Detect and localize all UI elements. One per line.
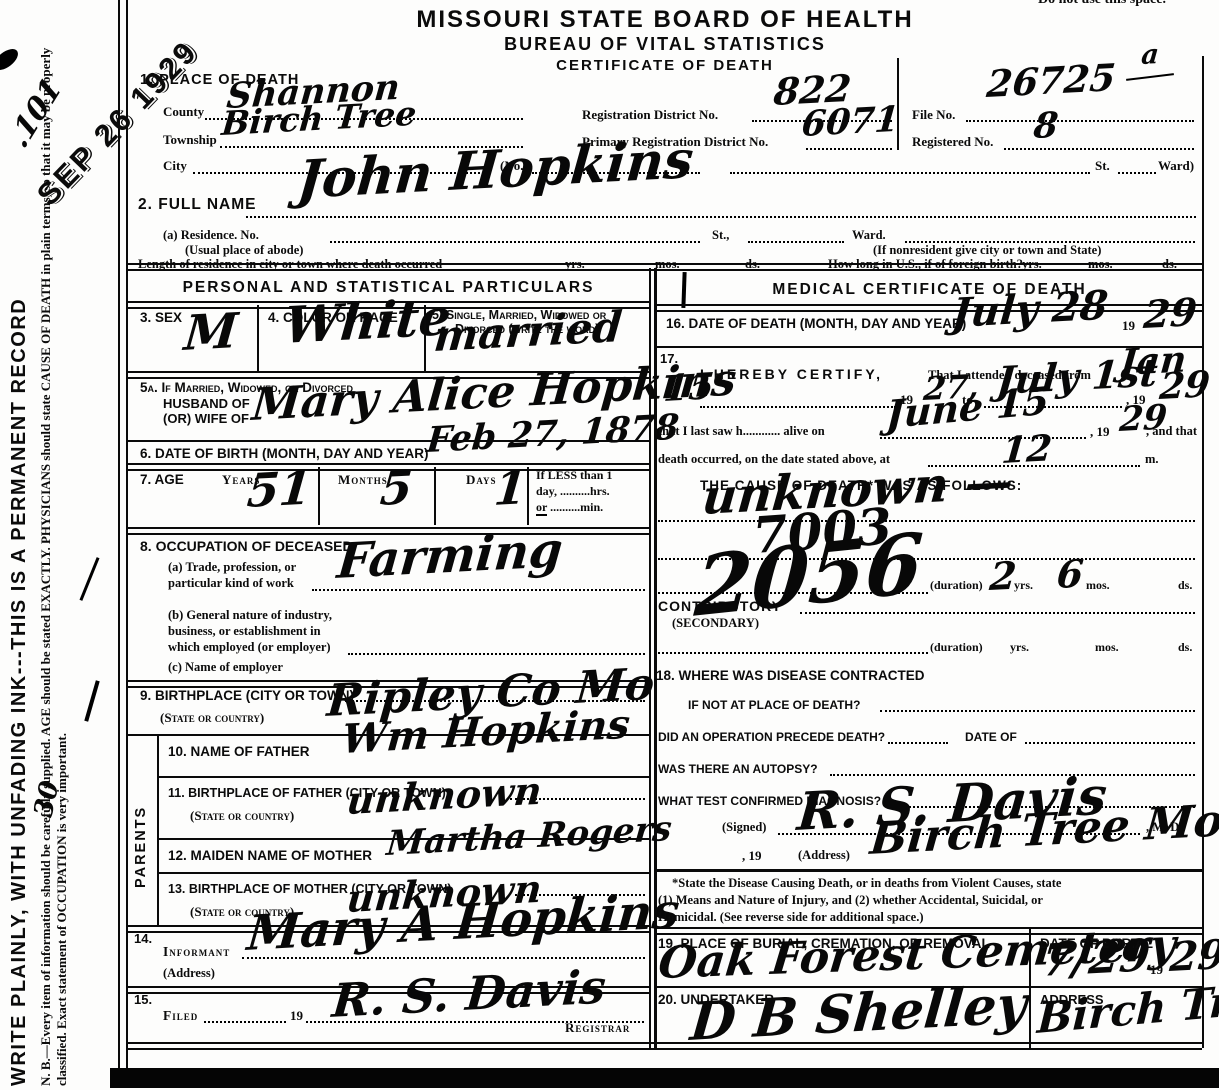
- full-name-value: John Hopkins: [295, 129, 696, 211]
- form-right-border: [1202, 56, 1204, 1048]
- days-value: 1: [492, 460, 529, 516]
- informant-address-label: (Address): [163, 966, 215, 981]
- residence-st-line: [748, 241, 844, 243]
- sex-label: 3. SEX: [140, 310, 182, 325]
- abode-note: (Usual place of abode): [185, 243, 303, 258]
- dod-year-value: 29: [1142, 289, 1199, 337]
- nonresident-note: (If nonresident give city or town and St…: [873, 243, 1101, 258]
- age-label: 7. AGE: [140, 472, 184, 487]
- registered-no-value: 8: [1032, 104, 1060, 147]
- registered-no-line: [1004, 148, 1194, 150]
- filed-19: 19: [290, 1008, 303, 1024]
- residence-label: (a) Residence. No.: [163, 228, 259, 243]
- bureau-subtitle: BUREAU OF VITAL STATISTICS: [128, 34, 1202, 55]
- ds-label: ds.: [1162, 257, 1177, 272]
- date-of-line: [1025, 742, 1195, 744]
- registrar-label: Registrar: [565, 1020, 630, 1036]
- occ-b2-label: business, or establishment in: [168, 624, 321, 639]
- bottom-rule: [128, 1042, 1202, 1050]
- margin-border-line: [118, 0, 120, 1070]
- or-word: or: [536, 500, 547, 516]
- burial-year-value: 29: [1168, 931, 1219, 981]
- certify-line: [700, 406, 896, 408]
- min-dots: ..........min.: [550, 500, 603, 514]
- item-17-number: 17.: [660, 351, 678, 366]
- occ-a-line: [312, 589, 645, 591]
- husband-of-label: HUSBAND OF: [163, 396, 250, 411]
- if-less-min-label: or ..........min.: [536, 500, 603, 515]
- registrar-signature: R. S. Davis: [330, 959, 608, 1028]
- date-of-death-value: July 28: [950, 282, 1110, 337]
- full-name-title: 2. FULL NAME: [138, 196, 257, 214]
- ds-label: ds.: [745, 257, 760, 272]
- file-no-value: 26725: [985, 55, 1117, 106]
- footnote-line1: *State the Disease Causing Death, or in …: [672, 876, 1061, 891]
- occupation-value: Farming: [335, 522, 565, 590]
- parents-label: PARENTS: [133, 806, 149, 888]
- if-not-line: [880, 710, 1195, 712]
- pen-slash-mark: [79, 557, 99, 601]
- if-less-hrs-label: day, ..........hrs.: [536, 484, 610, 499]
- autopsy-label: WAS THERE AN AUTOPSY?: [658, 762, 818, 776]
- yrs-label: yrs.: [1022, 257, 1042, 272]
- race-value: White: [282, 287, 453, 355]
- township-label: Township: [163, 132, 217, 148]
- address-paren-label: (Address): [798, 848, 850, 863]
- informant-label: Informant: [163, 944, 230, 960]
- margin-rule1: WRITE PLAINLY, WITH UNFADING INK---THIS …: [8, 41, 31, 1086]
- occ-b-line: [348, 653, 645, 655]
- duration-label: (duration): [930, 640, 983, 655]
- footnote-line3: Homicidal. (See reverse side for additio…: [658, 910, 923, 925]
- duration-label: (duration): [930, 578, 983, 593]
- rule: [657, 869, 1202, 872]
- occ-b3-label: which employed (or employer): [168, 640, 331, 655]
- burial-date-value: 7/29: [1040, 930, 1152, 987]
- primary-district-line: [806, 148, 892, 150]
- m-label: m.: [1145, 452, 1159, 467]
- certify-label: I HEREBY CERTIFY,: [700, 366, 883, 382]
- file-suffix-underline: [1126, 73, 1174, 81]
- primary-district-value: 6071: [800, 99, 901, 145]
- bottom-scan-bar: [110, 1068, 1219, 1088]
- cell-divider: [257, 305, 259, 371]
- duration-mos-label: mos.: [1095, 640, 1119, 655]
- cell-divider: [434, 467, 436, 525]
- city-label: City: [163, 158, 187, 174]
- father-birthplace-sub: (State or country): [190, 808, 294, 824]
- contributory-code-stamp: 2056: [692, 515, 926, 636]
- cell-divider: [527, 467, 529, 525]
- duration-ds-label: ds.: [1178, 578, 1192, 593]
- rule: [657, 304, 1202, 312]
- duration-ds-label: ds.: [1178, 640, 1192, 655]
- birthplace-sub-label: (State or country): [160, 710, 264, 726]
- last-saw-line: [880, 437, 1086, 439]
- cell-divider: [424, 305, 426, 371]
- duration-yrs-label: yrs.: [1010, 640, 1029, 655]
- burial-19: 19: [1150, 962, 1163, 978]
- occ-a2-label: particular kind of work: [168, 576, 294, 591]
- death-certificate-scan: WRITE PLAINLY, WITH UNFADING INK---THIS …: [0, 0, 1219, 1090]
- last-saw-label: that I last saw h............ alive on: [658, 424, 825, 439]
- full-name-line: [246, 216, 1196, 218]
- occupation-label: 8. OCCUPATION OF DECEASED: [140, 538, 353, 554]
- length-residence-label: Length of residence in city or town wher…: [138, 257, 442, 272]
- residence-ward-label: Ward.: [852, 228, 886, 243]
- registration-district-label: Registration District No.: [582, 107, 718, 123]
- residence-no-line: [330, 241, 700, 243]
- cause-line: [658, 520, 1195, 522]
- birthplace-label: 9. BIRTHPLACE (CITY OR TOWN): [140, 688, 354, 703]
- item-14-number: 14.: [134, 931, 152, 946]
- years-value: 51: [245, 460, 314, 518]
- signed-label: (Signed): [722, 820, 766, 835]
- date-of-label: DATE OF: [965, 730, 1017, 744]
- registered-no-label: Registered No.: [912, 134, 993, 150]
- operation-line: [888, 742, 948, 744]
- days-label: Days: [466, 472, 497, 488]
- dob-label: 6. DATE OF BIRTH (MONTH, DAY AND YEAR): [140, 446, 429, 461]
- cell-divider: [318, 467, 320, 525]
- father-birthplace-value: unknown: [345, 768, 544, 823]
- county-label: County: [163, 104, 204, 120]
- and-that-label: , and that: [1146, 424, 1197, 439]
- city-st-label: St.: [1095, 158, 1110, 174]
- city-ward-line: [1118, 172, 1156, 174]
- occ-b1-label: (b) General nature of industry,: [168, 608, 332, 623]
- wife-of-label: (OR) WIFE OF: [163, 411, 249, 426]
- attended-from-day: 15: [662, 365, 716, 410]
- duration-yrs-label: yrs.: [1014, 578, 1033, 593]
- file-no-suffix: a: [1140, 39, 1160, 71]
- filed-label: Filed: [163, 1008, 198, 1024]
- parents-divider: [157, 735, 159, 925]
- operation-label: DID AN OPERATION PRECEDE DEATH?: [658, 730, 885, 744]
- yrs-label: yrs.: [565, 257, 585, 272]
- where-contracted-label: 18. WHERE WAS DISEASE CONTRACTED: [656, 668, 925, 683]
- file-no-line: [966, 120, 1194, 122]
- duration-mos-label: mos.: [1086, 578, 1110, 593]
- medical-header: MEDICAL CERTIFICATE OF DEATH: [657, 281, 1202, 299]
- footnote-line2: (1) Means and Nature of Injury, and (2) …: [658, 893, 1043, 908]
- board-title: MISSOURI STATE BOARD OF HEALTH: [128, 6, 1202, 34]
- file-no-label: File No.: [912, 107, 955, 123]
- corner-note-text: Do not use this space.: [1038, 0, 1166, 8]
- howlong-label: How long in U.S., if of foreign birth?: [828, 257, 1023, 272]
- father-label: 10. NAME OF FATHER: [168, 744, 310, 759]
- dod-19: 19: [1122, 318, 1135, 334]
- mos-label: mos.: [655, 257, 680, 272]
- pen-slash-mark: [84, 680, 99, 721]
- marital-value: married: [432, 302, 624, 361]
- if-less-label: If LESS than 1: [536, 468, 612, 483]
- months-value: 5: [378, 460, 415, 516]
- date-of-death-label: 16. DATE OF DEATH (MONTH, DAY AND YEAR): [666, 316, 966, 331]
- addr-19: , 19: [742, 848, 762, 864]
- sex-value: M: [182, 303, 240, 362]
- city-street-line: [730, 172, 1090, 174]
- occ-a1-label: (a) Trade, profession, or: [168, 560, 296, 575]
- corner-note-clipped: Do not use this space.: [1038, 0, 1166, 9]
- residence-st-label: St.,: [712, 228, 729, 243]
- duration-line: [658, 652, 928, 654]
- mos-label: mos.: [1088, 257, 1113, 272]
- last-saw-19: , 19: [1090, 424, 1110, 440]
- filed-line: [204, 1021, 286, 1023]
- item-15-number: 15.: [134, 992, 152, 1007]
- city-ward-label: Ward): [1158, 158, 1194, 174]
- duration-months-value: 6: [1055, 550, 1085, 597]
- occ-c-label: (c) Name of employer: [168, 660, 283, 675]
- if-not-label: IF NOT AT PLACE OF DEATH?: [688, 698, 860, 712]
- mother-label: 12. MAIDEN NAME OF MOTHER: [168, 848, 372, 863]
- form-left-border: [126, 0, 128, 1070]
